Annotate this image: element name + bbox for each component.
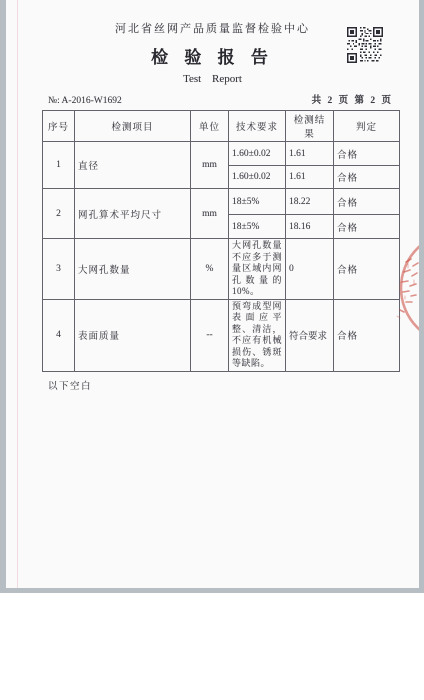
cell-verdict: 合格 — [334, 142, 400, 166]
test-report-table: 序号 检测项目 单位 技术要求 检测结果 判定 1 直径 mm 1.60±0.0… — [42, 110, 400, 372]
cell-verdict: 合格 — [334, 299, 400, 371]
report-number: №: A-2016-W1692 — [48, 96, 122, 106]
cell-result: 符合要求 — [286, 299, 334, 371]
table-row: 3 大网孔数量 % 大网孔数量不应多于测量区域内网孔数量的10%。 0 合格 — [43, 239, 400, 300]
table-row: 1 直径 mm 1.60±0.02 1.61 合格 — [43, 142, 400, 166]
table-row: 4 表面质量 -- 预弯成型网表面应平整、清洁，不应有机械损伤、锈斑等缺陷。 符… — [43, 299, 400, 371]
col-header-result: 检测结果 — [286, 111, 334, 142]
cell-requirement: 18±5% — [229, 189, 286, 215]
footer-blank-note: 以下空白 — [48, 378, 419, 392]
cell-item: 大网孔数量 — [75, 239, 191, 300]
cell-requirement: 大网孔数量不应多于测量区域内网孔数量的10%。 — [229, 239, 286, 300]
col-header-verdict: 判定 — [334, 111, 400, 142]
cell-requirement: 1.60±0.02 — [229, 142, 286, 166]
cell-result: 18.16 — [286, 215, 334, 239]
cell-unit: mm — [191, 142, 229, 189]
page-count: 共 2 页 第 2 页 — [312, 92, 393, 106]
cell-unit: mm — [191, 189, 229, 239]
cell-requirement: 18±5% — [229, 215, 286, 239]
cell-unit: -- — [191, 299, 229, 371]
report-page: 河北省丝网产品质量监督检验中心 检 验 报 告 Test Report №: A… — [6, 0, 419, 588]
cell-result: 1.61 — [286, 142, 334, 166]
cell-seq: 3 — [43, 239, 75, 300]
col-header-item: 检测项目 — [75, 111, 191, 142]
cell-verdict: 合格 — [334, 166, 400, 189]
report-title-en: Test Report — [6, 73, 419, 85]
qr-code-icon — [347, 27, 383, 63]
cell-result: 0 — [286, 239, 334, 300]
table-row: 2 网孔算术平均尺寸 mm 18±5% 18.22 合格 — [43, 189, 400, 215]
col-header-unit: 单位 — [191, 111, 229, 142]
cell-result: 18.22 — [286, 189, 334, 215]
cell-item: 表面质量 — [75, 299, 191, 371]
scanner-background: 河北省丝网产品质量监督检验中心 检 验 报 告 Test Report №: A… — [0, 0, 424, 593]
cell-verdict: 合格 — [334, 189, 400, 215]
paper-fold-line — [17, 0, 18, 588]
cell-item: 网孔算术平均尺寸 — [75, 189, 191, 239]
cell-item: 直径 — [75, 142, 191, 189]
cell-seq: 1 — [43, 142, 75, 189]
table-header-row: 序号 检测项目 单位 技术要求 检测结果 判定 — [43, 111, 400, 142]
col-header-requirement: 技术要求 — [229, 111, 286, 142]
cell-seq: 4 — [43, 299, 75, 371]
cell-verdict: 合格 — [334, 239, 400, 300]
cell-result: 1.61 — [286, 166, 334, 189]
cell-requirement: 1.60±0.02 — [229, 166, 286, 189]
cell-verdict: 合格 — [334, 215, 400, 239]
report-meta-row: №: A-2016-W1692 共 2 页 第 2 页 — [48, 92, 393, 106]
cell-unit: % — [191, 239, 229, 300]
cell-seq: 2 — [43, 189, 75, 239]
col-header-seq: 序号 — [43, 111, 75, 142]
cell-requirement: 预弯成型网表面应平整、清洁，不应有机械损伤、锈斑等缺陷。 — [229, 299, 286, 371]
